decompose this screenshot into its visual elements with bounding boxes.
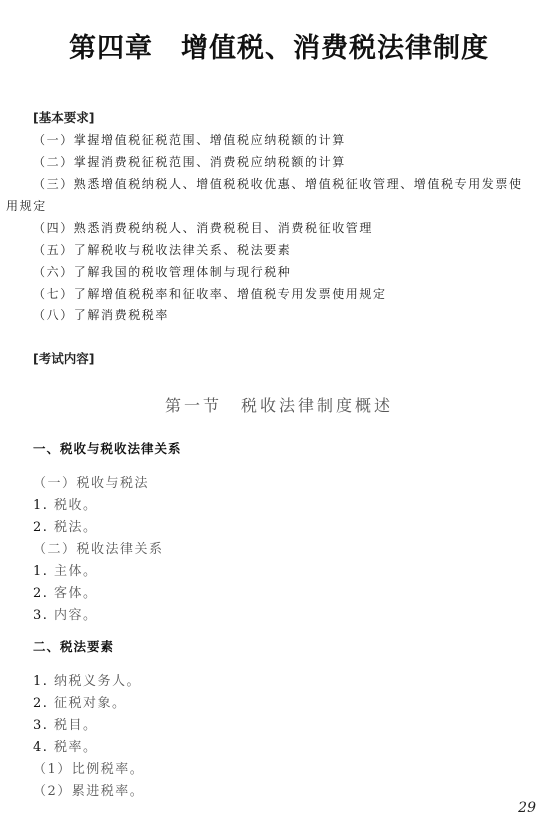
list-item: （2）累进税率。	[33, 780, 144, 799]
list-item: 3. 内容。	[33, 604, 98, 623]
requirement-item-5: （五）了解税收与税收法律关系、税法要素	[33, 241, 291, 258]
part-heading-1: 一、税收与税收法律关系	[33, 439, 182, 457]
requirement-item-7: （七）了解增值税税率和征收率、增值税专用发票使用规定	[33, 285, 387, 302]
list-item: 4. 税率。	[33, 736, 98, 755]
part-heading-2: 二、税法要素	[33, 637, 114, 655]
requirement-item-6: （六）了解我国的税收管理体制与现行税种	[33, 263, 291, 280]
list-item: 2. 客体。	[33, 582, 98, 601]
list-item: 2. 税法。	[33, 516, 98, 535]
list-item: 1. 税收。	[33, 494, 98, 513]
page-number: 29	[518, 800, 536, 816]
requirement-item-2: （二）掌握消费税征税范围、消费税应纳税额的计算	[33, 153, 346, 170]
list-item: （二）税收法律关系	[33, 538, 164, 557]
list-item: （1）比例税率。	[33, 758, 144, 777]
list-item: 1. 纳税义务人。	[33, 670, 141, 689]
exam-content-heading: [考试内容]	[33, 349, 94, 367]
list-item: 2. 征税对象。	[33, 692, 127, 711]
requirement-item-3: （三）熟悉增值税纳税人、增值税税收优惠、增值税征收管理、增值税专用发票使	[33, 175, 523, 192]
requirement-item-8: （八）了解消费税税率	[33, 306, 169, 323]
requirement-item-3-continuation: 用规定	[6, 197, 47, 214]
list-item: 1. 主体。	[33, 560, 98, 579]
chapter-title: 第四章 增值税、消费税法律制度	[0, 26, 558, 65]
section-title: 第一节 税收法律制度概述	[0, 393, 558, 416]
requirement-item-4: （四）熟悉消费税纳税人、消费税税目、消费税征收管理	[33, 219, 373, 236]
list-item: （一）税收与税法	[33, 472, 149, 491]
list-item: 3. 税目。	[33, 714, 98, 733]
requirement-item-1: （一）掌握增值税征税范围、增值税应纳税额的计算	[33, 131, 346, 148]
basic-requirements-heading: [基本要求]	[33, 108, 94, 126]
